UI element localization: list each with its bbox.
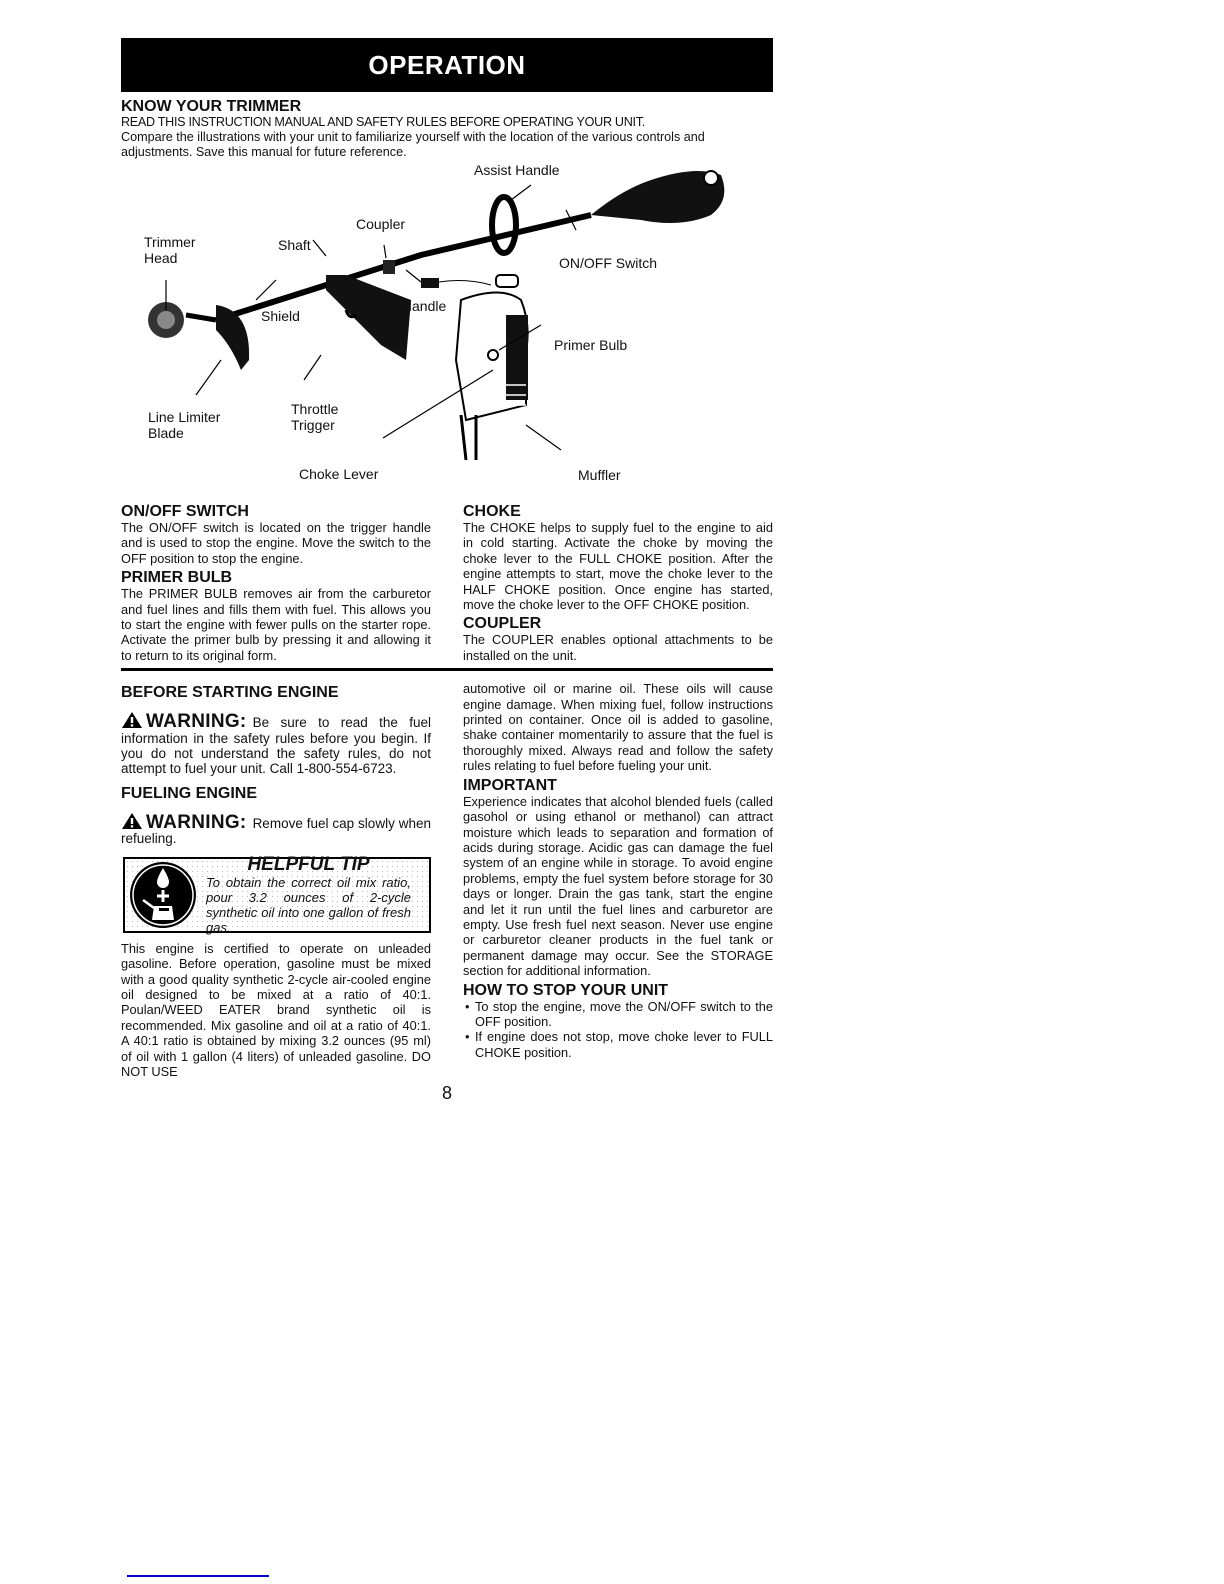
label-primer-bulb: Primer Bulb: [554, 337, 627, 353]
label-muffler: Muffler: [578, 467, 621, 483]
section-banner: OPERATION: [121, 38, 773, 92]
primer-text: The PRIMER BULB removes air from the car…: [121, 586, 431, 663]
tip-text: To obtain the correct oil mix ratio, pou…: [206, 875, 411, 935]
page-number: 8: [121, 1083, 773, 1104]
warning-label: WARNING:: [146, 812, 247, 833]
label-trimmer-head: Trimmer Head: [144, 234, 196, 266]
left-column-fuel: BEFORE STARTING ENGINE WARNING:Be sure t…: [121, 681, 431, 1079]
important-text: Experience indicates that alcohol blende…: [463, 794, 773, 979]
coupler-heading: COUPLER: [463, 615, 773, 632]
tip-content: HELPFUL TIP To obtain the correct oil mi…: [206, 855, 411, 935]
oil-can-icon: [128, 860, 198, 930]
before-starting-warning: WARNING:Be sure to read the fuel informa…: [121, 711, 431, 777]
know-trimmer-intro: READ THIS INSTRUCTION MANUAL AND SAFETY …: [121, 115, 773, 160]
intro-caps-line: READ THIS INSTRUCTION MANUAL AND SAFETY …: [121, 115, 773, 130]
important-heading: IMPORTANT: [463, 777, 773, 794]
banner-title: OPERATION: [368, 50, 525, 81]
coupler-text: The COUPLER enables optional attachments…: [463, 632, 773, 663]
fueling-text-continued: automotive oil or marine oil. These oils…: [463, 681, 773, 773]
fueling-text: This engine is certified to operate on u…: [121, 941, 431, 1080]
label-on-off-switch: ON/OFF Switch: [559, 255, 657, 271]
on-off-text: The ON/OFF switch is located on the trig…: [121, 520, 431, 566]
choke-heading: CHOKE: [463, 503, 773, 520]
list-item: To stop the engine, move the ON/OFF swit…: [463, 999, 773, 1030]
trimmer-diagram: Assist Handle Coupler Trimmer Head Shaft…: [121, 160, 773, 500]
left-column-controls: ON/OFF SWITCH The ON/OFF switch is locat…: [121, 500, 431, 663]
label-shaft: Shaft: [278, 237, 311, 253]
intro-body: Compare the illustrations with your unit…: [121, 130, 773, 160]
label-shield: Shield: [261, 308, 300, 324]
label-throttle-trigger: Throttle Trigger: [291, 401, 338, 433]
section-divider: [121, 668, 773, 671]
label-assist-handle: Assist Handle: [474, 162, 560, 178]
stop-unit-heading: HOW TO STOP YOUR UNIT: [463, 982, 773, 999]
label-coupler: Coupler: [356, 216, 405, 232]
list-item: If engine does not stop, move choke leve…: [463, 1029, 773, 1060]
primer-heading: PRIMER BULB: [121, 569, 431, 586]
warning-triangle-icon: [121, 812, 143, 830]
right-column-fuel: automotive oil or marine oil. These oils…: [463, 681, 773, 1079]
right-column-controls: CHOKE The CHOKE helps to supply fuel to …: [463, 500, 773, 663]
manual-page: OPERATION KNOW YOUR TRIMMER READ THIS IN…: [121, 38, 773, 1104]
on-off-heading: ON/OFF SWITCH: [121, 503, 431, 520]
warning-label: WARNING:: [146, 711, 247, 732]
label-line-limiter-blade: Line Limiter Blade: [148, 409, 220, 441]
fuel-columns: BEFORE STARTING ENGINE WARNING:Be sure t…: [121, 681, 773, 1079]
trimmer-illustration: [121, 160, 773, 500]
know-trimmer-heading: KNOW YOUR TRIMMER: [121, 98, 773, 115]
tip-title: HELPFUL TIP: [206, 855, 411, 875]
fueling-heading: FUELING ENGINE: [121, 785, 431, 802]
fueling-warning: WARNING:Remove fuel cap slowly when refu…: [121, 812, 431, 847]
helpful-tip-box: HELPFUL TIP To obtain the correct oil mi…: [123, 857, 431, 933]
stop-unit-list: To stop the engine, move the ON/OFF swit…: [463, 999, 773, 1061]
label-starter-handle: Starter Handle: [356, 298, 446, 314]
warning-triangle-icon: [121, 711, 143, 729]
footer-link-underline: [127, 1575, 269, 1577]
label-choke-lever: Choke Lever: [299, 466, 378, 482]
before-starting-heading: BEFORE STARTING ENGINE: [121, 684, 431, 701]
controls-columns: ON/OFF SWITCH The ON/OFF switch is locat…: [121, 500, 773, 663]
choke-text: The CHOKE helps to supply fuel to the en…: [463, 520, 773, 612]
